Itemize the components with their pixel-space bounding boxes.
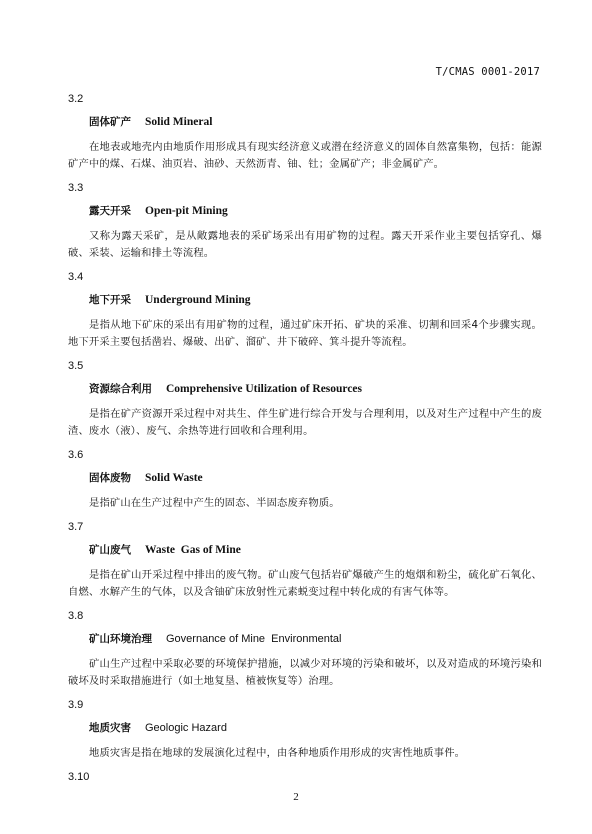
term-heading: 露天开采Open-pit Mining [89, 204, 542, 218]
term-definition: 在地表或地壳内由地质作用形成具有现实经济意义或潜在经济意义的固体自然富集物，包括… [68, 139, 542, 173]
clause-number: 3.6 [68, 448, 542, 462]
term-english: Solid Mineral [145, 116, 212, 128]
term-definition: 是指在矿产资源开采过程中对共生、伴生矿进行综合开发与合理利用，以及对生产过程中产… [68, 406, 542, 440]
clause-number: 3.7 [68, 520, 542, 534]
term-chinese: 资源综合利用 [89, 383, 152, 395]
term-definition: 是指在矿山开采过程中排出的废气物。矿山废气包括岩矿爆破产生的炮烟和粉尘，硫化矿石… [68, 567, 542, 601]
clause-number: 3.4 [68, 270, 542, 284]
term-heading: 固体废物Solid Waste [89, 471, 542, 485]
term-english: Waste Gas of Mine [145, 544, 241, 556]
entry-3-3: 3.3 露天开采Open-pit Mining 又称为露天采矿，是从敞露地表的采… [68, 181, 542, 262]
entry-3-8: 3.8 矿山环境治理Governance of Mine Environment… [68, 609, 542, 690]
entry-3-10: 3.10 [68, 770, 542, 784]
clause-number: 3.5 [68, 359, 542, 373]
term-heading: 地质灾害Geologic Hazard [89, 721, 542, 735]
term-chinese: 露天开采 [89, 205, 131, 217]
entry-3-7: 3.7 矿山废气Waste Gas of Mine 是指在矿山开采过程中排出的废… [68, 520, 542, 601]
term-definition: 又称为露天采矿，是从敞露地表的采矿场采出有用矿物的过程。露天开采作业主要包括穿孔… [68, 228, 542, 262]
term-english: Geologic Hazard [145, 722, 227, 734]
entry-3-2: 3.2 固体矿产Solid Mineral 在地表或地壳内由地质作用形成具有现实… [68, 92, 542, 173]
term-heading: 地下开采Underground Mining [89, 293, 542, 307]
term-heading: 固体矿产Solid Mineral [89, 115, 542, 129]
entry-3-5: 3.5 资源综合利用Comprehensive Utilization of R… [68, 359, 542, 440]
clause-number: 3.8 [68, 609, 542, 623]
entry-3-4: 3.4 地下开采Underground Mining 是指从地下矿床的采出有用矿… [68, 270, 542, 351]
term-chinese: 地下开采 [89, 294, 131, 306]
term-chinese: 固体废物 [89, 472, 131, 484]
term-chinese: 固体矿产 [89, 116, 131, 128]
clause-number: 3.10 [68, 770, 542, 784]
clause-number: 3.9 [68, 698, 542, 712]
term-heading: 资源综合利用Comprehensive Utilization of Resou… [89, 382, 542, 396]
term-chinese: 地质灾害 [89, 722, 131, 734]
entry-3-6: 3.6 固体废物Solid Waste 是指矿山在生产过程中产生的固态、半固态废… [68, 448, 542, 512]
term-heading: 矿山废气Waste Gas of Mine [89, 543, 542, 557]
term-chinese: 矿山环境治理 [89, 633, 152, 645]
term-definition: 是指矿山在生产过程中产生的固态、半固态废弃物质。 [68, 495, 542, 512]
terms-section: 3.2 固体矿产Solid Mineral 在地表或地壳内由地质作用形成具有现实… [68, 92, 542, 793]
term-definition: 地质灾害是指在地球的发展演化过程中，由各种地质作用形成的灾害性地质事件。 [68, 745, 542, 762]
term-definition: 矿山生产过程中采取必要的环境保护措施，以减少对环境的污染和破坏，以及对造成的环境… [68, 656, 542, 690]
term-english: Open-pit Mining [145, 205, 228, 217]
document-code: T/CMAS 0001-2017 [436, 66, 540, 78]
term-english: Underground Mining [145, 294, 251, 306]
entry-3-9: 3.9 地质灾害Geologic Hazard 地质灾害是指在地球的发展演化过程… [68, 698, 542, 762]
clause-number: 3.2 [68, 92, 542, 106]
term-definition: 是指从地下矿床的采出有用矿物的过程，通过矿床开拓、矿块的采准、切割和回采4个步骤… [68, 317, 542, 351]
term-heading: 矿山环境治理Governance of Mine Environmental [89, 632, 542, 646]
term-english: Comprehensive Utilization of Resources [166, 383, 362, 395]
term-english: Governance of Mine Environmental [166, 633, 341, 645]
page-number: 2 [0, 791, 592, 803]
clause-number: 3.3 [68, 181, 542, 195]
term-english: Solid Waste [145, 472, 203, 484]
term-chinese: 矿山废气 [89, 544, 131, 556]
